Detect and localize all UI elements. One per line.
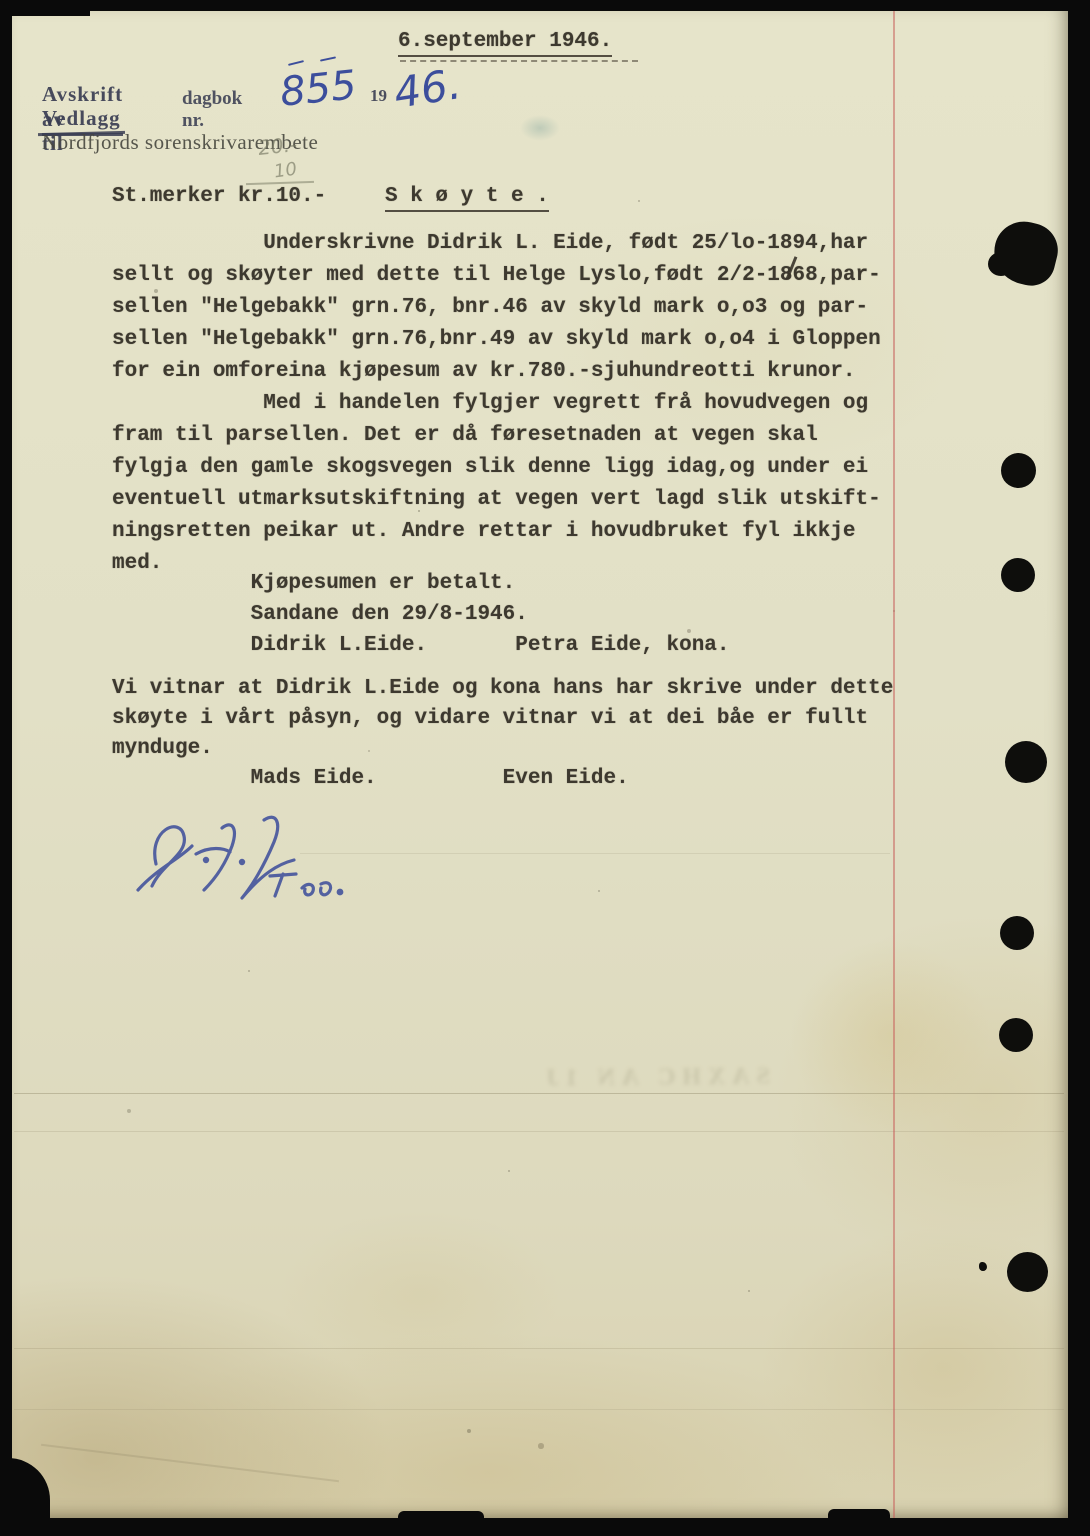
deed-closing-block: Kjøpesumen er betalt. Sandane den 29/8-1… — [112, 568, 730, 661]
scan-border-top — [0, 0, 1090, 11]
crease-line — [14, 1131, 1064, 1132]
punch-hole — [1001, 453, 1036, 488]
typed-line: Sandane den 29/8-1946. — [112, 599, 730, 630]
typed-line: sellt og skøyter med dette til Helge Lys… — [112, 260, 881, 292]
pencil-note: 10 — [273, 159, 299, 183]
typed-line: Underskrivne Didrik L. Eide, født 25/lo-… — [112, 228, 881, 260]
year-handwritten: 46. — [391, 59, 465, 118]
scan-border-top-left — [0, 0, 90, 16]
punch-hole — [1001, 558, 1035, 592]
typed-line: sellen "Helgebakk" grn.76, bnr.46 av sky… — [112, 292, 881, 324]
witness-block: Vi vitnar at Didrik L.Eide og kona hans … — [112, 674, 893, 794]
handwritten-signature — [118, 802, 348, 902]
pencil-note: 20.- — [257, 132, 298, 160]
header-date: 6.september 1946. — [398, 30, 612, 57]
typed-line: eventuell utmarksutskiftning at vegen ve… — [112, 484, 881, 516]
scan-border-right — [1068, 0, 1090, 1536]
dagbok-number-handwritten: 855 — [278, 62, 359, 116]
scan-border-left — [0, 0, 12, 1536]
typed-line: mynduge. — [112, 734, 893, 764]
punch-hole — [999, 1018, 1033, 1052]
typed-line: Didrik L.Eide. Petra Eide, kona. — [112, 630, 730, 661]
typed-line: for ein omforeina kjøpesum av kr.780.-sj… — [112, 356, 881, 388]
typed-line: Med i handelen fylgjer vegrett frå hovud… — [112, 388, 881, 420]
typed-line: fram til parsellen. Det er då føresetnad… — [112, 420, 881, 452]
fee-label: St.merker kr.10.- — [112, 185, 326, 208]
red-margin-line — [893, 10, 895, 1518]
typed-line: Kjøpesumen er betalt. — [112, 568, 730, 599]
scan-edge-bump — [398, 1511, 484, 1521]
ink-dot — [979, 1262, 987, 1271]
typed-line: Vi vitnar at Didrik L.Eide og kona hans … — [112, 674, 893, 704]
punch-hole — [1007, 1252, 1048, 1292]
year-printed: 19 — [370, 86, 387, 106]
crease-line — [14, 1409, 1064, 1410]
crease-line — [14, 1093, 1064, 1094]
deed-title: S k ø y t e . — [385, 185, 549, 212]
scan-border-bottom — [0, 1519, 1090, 1536]
punch-hole — [1000, 916, 1034, 950]
crease-line — [300, 853, 890, 854]
typed-line: sellen "Helgebakk" grn.76,bnr.49 av skyl… — [112, 324, 881, 356]
typed-line: skøyte i vårt påsyn, og vidare vitnar vi… — [112, 704, 893, 734]
typed-line: Mads Eide. Even Eide. — [112, 764, 893, 794]
typed-line: ningsretten peikar ut. Andre rettar i ho… — [112, 516, 881, 548]
typed-line: fylgja den gamle skogsvegen slik denne l… — [112, 452, 881, 484]
scanned-deed-page: SAXHC AN 1J 6.september 1946. Avskrift a… — [0, 0, 1090, 1536]
crease-line — [14, 1348, 1064, 1349]
stamp-dagbok-label: dagbok nr. — [182, 88, 242, 132]
ghost-bleedthrough-text: SAXHC AN 1J — [210, 1064, 770, 1096]
scan-edge-bump — [828, 1509, 890, 1521]
punch-hole — [1005, 741, 1047, 783]
punch-hole — [988, 252, 1014, 276]
deed-body-main: Underskrivne Didrik L. Eide, født 25/lo-… — [112, 228, 881, 580]
